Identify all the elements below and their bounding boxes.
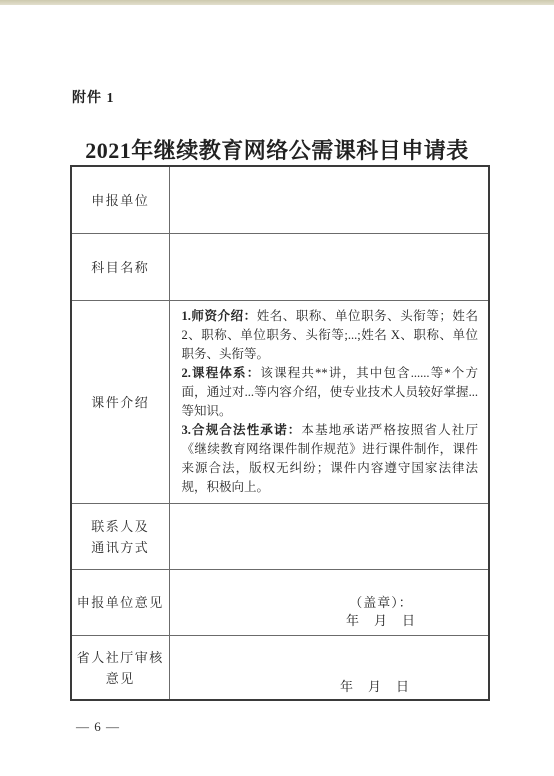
table-row-applicant-unit: 申报单位 bbox=[71, 166, 489, 234]
page-number: — 6 — bbox=[76, 719, 120, 735]
row-label-text-line2: 通讯方式 bbox=[72, 537, 169, 558]
date-line: 年 月 日 bbox=[346, 612, 416, 630]
table-row-applicant-opinion: 申报单位意见 （盖章）： 年 月 日 bbox=[71, 570, 489, 636]
table-row-review-opinion: 省人社厅审核 意见 年 月 日 bbox=[71, 636, 489, 701]
row-label-text: 课件介绍 bbox=[72, 392, 169, 413]
row-label-applicant-unit: 申报单位 bbox=[71, 166, 169, 234]
courseware-item-compliance: 3.合规合法性承诺：本基地承诺严格按照省人社厅《继续教育网络课件制作规范》进行课… bbox=[182, 421, 479, 497]
row-label-subject-name: 科目名称 bbox=[71, 234, 169, 301]
row-label-text: 科目名称 bbox=[72, 257, 169, 278]
row-label-contact: 联系人及 通讯方式 bbox=[71, 504, 169, 570]
opinion-cell-layout: （盖章）： 年 月 日 bbox=[170, 570, 489, 635]
table-row-subject-name: 科目名称 bbox=[71, 234, 489, 301]
stamp-and-date-block: （盖章）： 年 月 日 bbox=[346, 594, 416, 635]
row-label-review-opinion: 省人社厅审核 意见 bbox=[71, 636, 169, 701]
row-content-contact bbox=[169, 504, 489, 570]
courseware-item-teachers: 1.师资介绍：姓名、职称、单位职务、头衔等；姓名 2、职称、单位职务、头衔等;.… bbox=[182, 307, 479, 364]
row-content-applicant-unit bbox=[169, 166, 489, 234]
row-content-subject-name bbox=[169, 234, 489, 301]
top-edge-band bbox=[0, 0, 554, 5]
courseware-item-lead: 1.师资介绍： bbox=[182, 309, 257, 323]
row-label-courseware-intro: 课件介绍 bbox=[71, 301, 169, 504]
table-row-contact: 联系人及 通讯方式 bbox=[71, 504, 489, 570]
review-cell-layout: 年 月 日 bbox=[170, 636, 489, 699]
page-title: 2021年继续教育网络公需课科目申请表 bbox=[0, 134, 554, 165]
attachment-label: 附件 1 bbox=[72, 87, 115, 107]
courseware-item-lead: 2.课程体系： bbox=[182, 366, 261, 380]
courseware-item-lead: 3.合规合法性承诺： bbox=[182, 423, 302, 437]
row-label-text-line2: 意见 bbox=[72, 668, 169, 689]
stamp-line: （盖章）： bbox=[346, 594, 416, 612]
row-content-review-opinion: 年 月 日 bbox=[169, 636, 489, 701]
row-label-text-line1: 省人社厅审核 bbox=[72, 647, 169, 668]
document-page: 附件 1 2021年继续教育网络公需课科目申请表 申报单位 科目名称 bbox=[0, 0, 554, 776]
application-form-table: 申报单位 科目名称 课件介绍 bbox=[70, 165, 490, 701]
row-label-text: 申报单位 bbox=[72, 190, 169, 211]
date-line: 年 月 日 bbox=[340, 676, 410, 699]
courseware-item-curriculum: 2.课程体系：该课程共**讲，其中包含......等*个方面，通过对...等内容… bbox=[182, 364, 479, 421]
row-content-courseware-intro: 1.师资介绍：姓名、职称、单位职务、头衔等；姓名 2、职称、单位职务、头衔等;.… bbox=[169, 301, 489, 504]
table-row-courseware-intro: 课件介绍 1.师资介绍：姓名、职称、单位职务、头衔等；姓名 2、职称、单位职务、… bbox=[71, 301, 489, 504]
row-label-applicant-opinion: 申报单位意见 bbox=[71, 570, 169, 636]
row-label-text: 申报单位意见 bbox=[72, 592, 169, 613]
row-content-applicant-opinion: （盖章）： 年 月 日 bbox=[169, 570, 489, 636]
row-label-text-line1: 联系人及 bbox=[72, 516, 169, 537]
